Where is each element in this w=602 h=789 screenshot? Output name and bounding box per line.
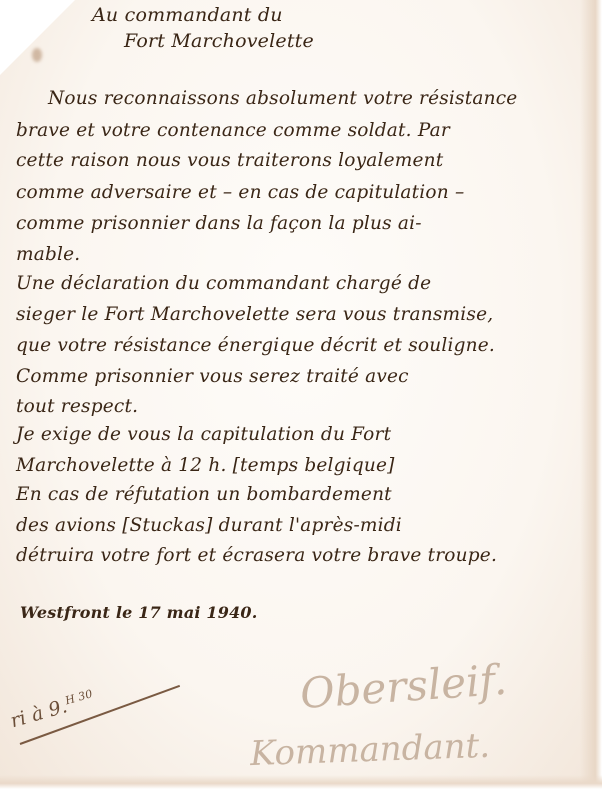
margin-note: ri à 9.H 30	[8, 687, 97, 732]
margin-note-prefix: ri à	[8, 702, 46, 732]
body-line: mable.	[16, 244, 80, 265]
body-line: détruira votre fort et écrasera votre br…	[16, 545, 497, 566]
body-line: sieger le Fort Marchovelette sera vous t…	[16, 304, 493, 325]
signature-name: Obersleif.	[299, 655, 509, 718]
body-line: brave et votre contenance comme soldat. …	[16, 120, 450, 141]
signature-title: Kommandant.	[249, 726, 490, 774]
paper-bottom-edge	[0, 775, 602, 789]
body-line: En cas de réfutation un bombardement	[16, 484, 392, 505]
body-line: des avions [Stuckas] durant l'après-midi	[16, 515, 402, 536]
paper-right-edge	[580, 0, 602, 789]
letter-page: Au commandant du Fort Marchovelette Nous…	[0, 0, 602, 789]
margin-note-time-sup: H 30	[64, 687, 94, 707]
body-line: Nous reconnaissons absolument votre rési…	[48, 88, 517, 109]
body-line: cette raison nous vous traiterons loyale…	[16, 150, 443, 171]
body-line: tout respect.	[16, 396, 138, 417]
body-line: Une déclaration du commandant chargé de	[16, 273, 431, 294]
dateline: Westfront le 17 mai 1940.	[20, 603, 258, 622]
body-line: Marchovelette à 12 h. [temps belgique]	[16, 455, 395, 476]
body-line: que votre résistance énergique décrit et…	[16, 335, 495, 356]
body-line: Je exige de vous la capitulation du Fort	[16, 424, 391, 445]
address-line-2: Fort Marchovelette	[124, 30, 314, 52]
body-line: comme prisonnier dans la façon la plus a…	[16, 213, 422, 234]
body-line: comme adversaire et – en cas de capitula…	[16, 182, 464, 203]
address-line-1: Au commandant du	[92, 4, 283, 26]
ink-stain	[32, 48, 42, 62]
torn-corner	[0, 0, 75, 75]
body-line: Comme prisonnier vous serez traité avec	[16, 366, 409, 387]
